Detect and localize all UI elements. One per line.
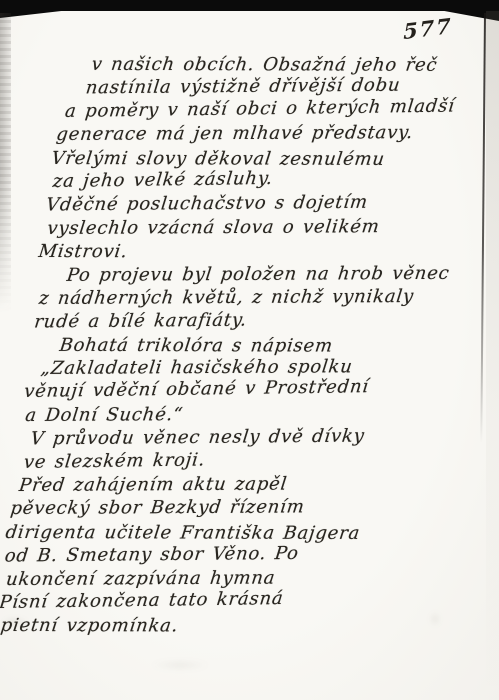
scan-smudge [430, 612, 440, 626]
handwritten-line: od B. Smetany sbor Věno. Po [3, 541, 422, 568]
handwritten-line: ve slezském kroji. [23, 445, 434, 474]
handwritten-line: za jeho velké zásluhy. [52, 164, 467, 193]
handwritten-line: vyslechlo vzácná slova o velikém [46, 215, 461, 241]
handwritten-line: Vděčné posluchačstvo s dojetím [45, 190, 464, 217]
handwritten-line: a Dolní Suché.“ [24, 402, 439, 428]
handwritten-line: Mistrovi. [37, 240, 458, 264]
handwritten-line: Po projevu byl položen na hrob věnec [66, 261, 456, 286]
handwriting-block: v našich obcích. Obsažná jeho řečnastíni… [0, 51, 480, 638]
handwritten-line: Bohatá trikolóra s nápisem [58, 334, 447, 358]
right-edge-shade [486, 11, 499, 700]
page-number: 577 [403, 13, 453, 44]
handwritten-line: rudé a bílé karafiáty. [33, 307, 450, 334]
scanner-black-bar-core [0, 0, 499, 11]
handwritten-line: pietní vzpomínka. [0, 614, 414, 638]
left-scan-edge-artifact [0, 13, 11, 313]
handwritten-line: věnují vděční občané v Prostřední [23, 375, 442, 404]
handwritten-line: pěvecký sbor Bezkyd řízením [9, 495, 428, 521]
scanned-chronicle-page: 577 v našich obcích. Obsažná jeho řečnas… [0, 0, 499, 700]
handwritten-line: a poměry v naší obci o kterých mladší [64, 94, 475, 123]
scan-smudge [150, 660, 210, 670]
handwritten-line: Před zahájením aktu zapěl [18, 472, 431, 498]
handwritten-line: generace má jen mlhavé představy. [55, 121, 472, 147]
handwritten-line: Písní zakončena tato krásná [0, 585, 417, 614]
